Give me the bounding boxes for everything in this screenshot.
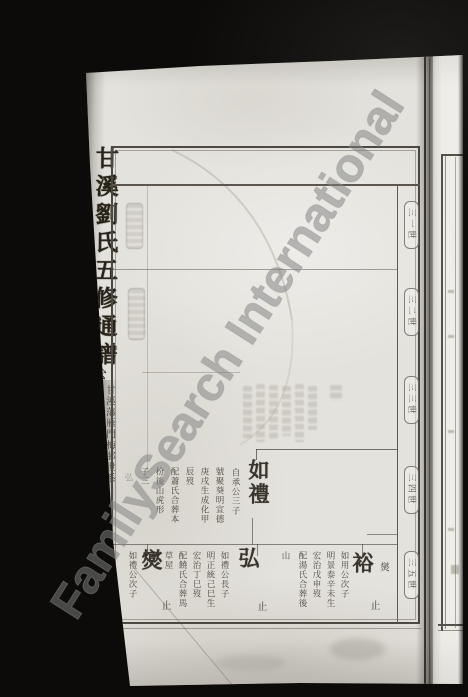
frame-bottom-echo (111, 628, 421, 629)
ghost-text-column (330, 385, 342, 401)
right-page-tick (448, 290, 454, 293)
entry-note: 配饒氏合葬馬 (176, 551, 187, 608)
entry-note: 宏治丁巳歿 (190, 551, 201, 599)
connector-under-ruli (252, 518, 253, 545)
grid-line-row1 (113, 269, 397, 270)
label-column-divider (397, 184, 398, 623)
entry-end-marker: 止 (254, 601, 265, 612)
entry-note: 庚戌生成化甲 (198, 467, 209, 524)
entry-sons-preview: 弘 (122, 473, 133, 483)
entry-name: 爕 (137, 549, 161, 573)
generation-label: 三三世 (404, 376, 419, 424)
entry-relation: 如禮公次子 (126, 551, 137, 599)
right-page-frame-bottom-inner (438, 630, 463, 631)
generation-label: 三四世 (404, 466, 419, 514)
right-page-frame-bottom (438, 624, 463, 626)
entry-note: 宏治戊申歿 (310, 551, 321, 599)
entry-name: 弘 (234, 547, 258, 571)
right-page-frame-left-inner (445, 156, 446, 629)
entry-side-char: 爕 (376, 562, 387, 573)
entry-note: 草屋 (162, 551, 173, 570)
ghost-text-column (243, 386, 252, 438)
entry-end-marker: 止 (367, 600, 378, 611)
ghost-text-column (308, 386, 317, 430)
right-page-tick (451, 565, 459, 574)
entry-note: 山 (279, 551, 290, 561)
ghost-text-column (295, 384, 304, 442)
right-page-frame-top (441, 154, 463, 156)
ghost-text-column (269, 385, 278, 440)
grid-line-row2 (142, 372, 240, 373)
ghost-text-column (256, 384, 265, 442)
entry-note: 明景泰辛未生 (324, 551, 335, 608)
entry-note: 明正統己巳生 (204, 551, 215, 608)
left-page: 甘溪劉氏五修通譜 〻 甘溪藩雁門梅邨世系 三一世 三二世 三三世 三四世 三五世 (0, 0, 468, 697)
right-page-tick (448, 335, 454, 338)
entry-note: 辰歿 (183, 467, 194, 486)
entry-end-marker: 止 (158, 600, 169, 611)
generation-label: 三二世 (404, 288, 419, 336)
entry-name: 如禮 (244, 459, 268, 507)
connector-bracket-yu (367, 534, 397, 535)
entry-note: 枌後山虎形 (153, 467, 164, 515)
entry-note: 子三 (138, 467, 149, 486)
ghost-label-box (128, 288, 145, 340)
crease-line (147, 186, 148, 470)
right-page-tick (448, 528, 454, 531)
header-divider (112, 184, 420, 186)
entry-relation: 如禮公長子 (218, 551, 229, 599)
entry-relation: 自承公三子 (229, 468, 240, 516)
ghost-text-column (282, 386, 291, 436)
grid-line-row4 (113, 544, 397, 545)
generation-label: 三一世 (404, 201, 419, 249)
ghost-label-box (126, 203, 143, 249)
gutter-fold-line (429, 58, 430, 686)
entry-name: 裕 (348, 552, 372, 576)
entry-note: 號聚葵明宣德 (213, 467, 224, 524)
entry-note: 配蕭氏合葬本 (168, 467, 179, 524)
generation-label: 三五世 (404, 551, 419, 599)
scan-viewport: 甘溪劉氏五修通譜 〻 甘溪藩雁門梅邨世系 三一世 三二世 三三世 三四世 三五世 (0, 0, 468, 697)
right-page-inner-line (455, 157, 456, 628)
right-page-frame-left (441, 154, 443, 631)
entry-relation: 如用公次子 (338, 551, 349, 599)
right-page-tick (448, 430, 454, 433)
connector-row3 (256, 449, 397, 450)
gutter-fold-line (424, 56, 426, 686)
entry-note: 配湯氏合葬後 (296, 551, 307, 608)
